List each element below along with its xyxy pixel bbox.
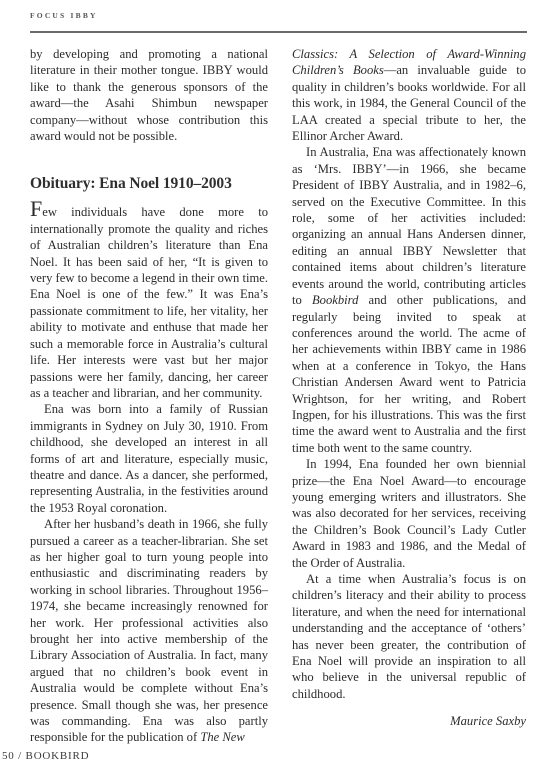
paragraph-5: In 1994, Ena founded her own biennial pr… [292, 456, 526, 571]
left-column: by developing and promoting a national l… [30, 46, 268, 746]
paragraph-3-text: After her husband’s death in 1966, she f… [30, 517, 268, 744]
article-title: Obituary: Ena Noel 1910–2003 [30, 174, 268, 194]
drop-cap: F [30, 196, 42, 221]
paragraph-3: After her husband’s death in 1966, she f… [30, 516, 268, 746]
page-folio: 50 / BOOKBIRD [2, 750, 89, 762]
running-head: FOCUS IBBY [30, 11, 98, 20]
paragraph-3-continued: Classics: A Selection of Award-Winning C… [292, 46, 526, 144]
book-title-italic: The New [200, 730, 244, 744]
paragraph-1: Few individuals have done more to intern… [30, 202, 268, 401]
author-signature: Maurice Saxby [292, 713, 526, 729]
paragraph-4-text-b: and other publications, and regularly be… [292, 293, 526, 455]
paragraph-2: Ena was born into a family of Russian im… [30, 401, 268, 516]
paragraph-1-text: ew individuals have done more to interna… [30, 205, 268, 399]
header-rule [30, 31, 527, 33]
paragraph-4: In Australia, Ena was affectionately kno… [292, 144, 526, 456]
right-column: Classics: A Selection of Award-Winning C… [292, 46, 526, 730]
paragraph-6: At a time when Australia’s focus is on c… [292, 571, 526, 702]
continuation-paragraph: by developing and promoting a national l… [30, 46, 268, 144]
paragraph-4-text-a: In Australia, Ena was affectionately kno… [292, 145, 526, 307]
bookbird-italic: Bookbird [312, 293, 358, 307]
